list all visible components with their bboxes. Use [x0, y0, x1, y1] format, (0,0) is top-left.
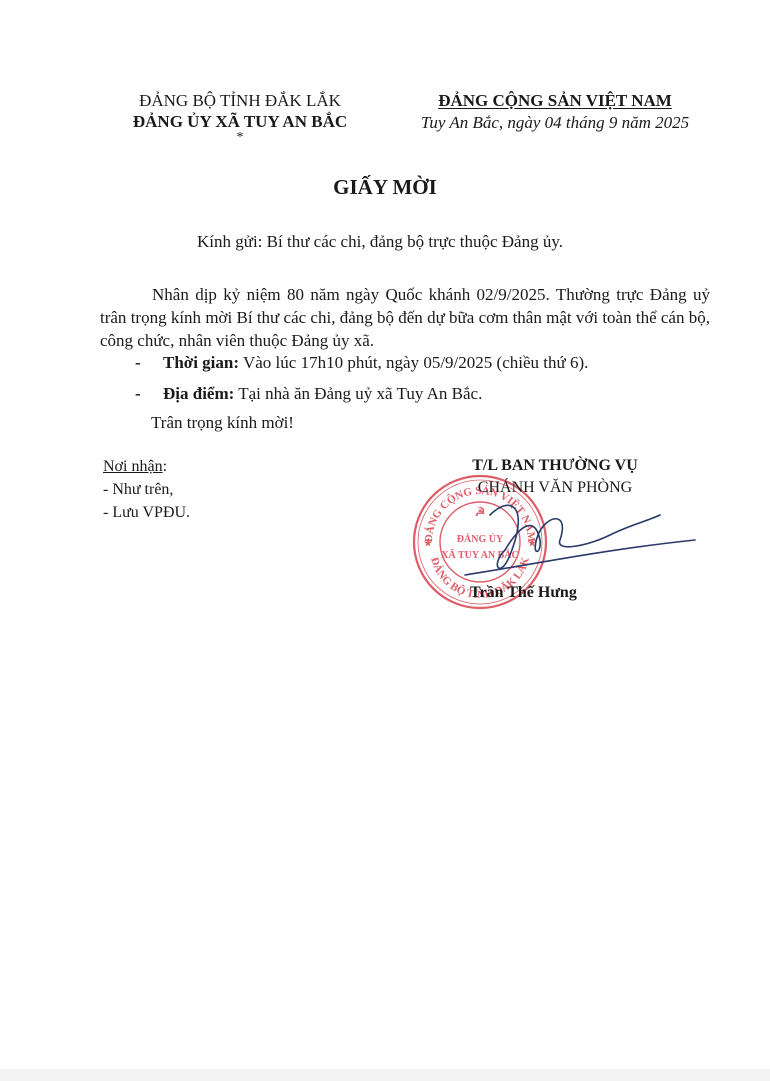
place-date: Tuy An Bắc, ngày 04 tháng 9 năm 2025 — [400, 112, 710, 134]
recipients-title: Nơi nhận — [103, 458, 163, 475]
recipients-colon: : — [163, 458, 167, 475]
star-mark: * — [100, 132, 380, 144]
document-title: GIẤY MỜI — [0, 175, 770, 200]
signature-authority: T/L BAN THƯỜNG VỤ — [430, 455, 680, 477]
signature-title: CHÁNH VĂN PHÒNG — [430, 477, 680, 499]
handwritten-signature-icon — [460, 495, 700, 585]
party-motto: ĐẢNG CỘNG SẢN VIỆT NAM — [400, 90, 710, 112]
signature-block: T/L BAN THƯỜNG VỤ CHÁNH VĂN PHÒNG — [430, 455, 680, 499]
svg-text:★: ★ — [424, 538, 433, 548]
bullet-label: Thời gian: — [163, 353, 239, 372]
body-paragraph: Nhân dịp kỷ niệm 80 năm ngày Quốc khánh … — [100, 283, 710, 352]
national-header: ĐẢNG CỘNG SẢN VIỆT NAM Tuy An Bắc, ngày … — [400, 90, 710, 134]
bullet-text: Vào lúc 17h10 phút, ngày 05/9/2025 (chiề… — [239, 353, 588, 372]
bullet-text: Tại nhà ăn Đảng uỷ xã Tuy An Bắc. — [234, 384, 482, 403]
bullet-location: -Địa điểm: Tại nhà ăn Đảng uỷ xã Tuy An … — [135, 384, 482, 404]
recipient-item: - Lưu VPĐU. — [103, 501, 190, 524]
page-bottom-edge — [0, 1069, 770, 1081]
signer-name: Trần Thế Hưng — [470, 584, 577, 602]
closing-line: Trân trọng kính mời! — [151, 413, 294, 433]
recipients-list: Nơi nhận: - Như trên, - Lưu VPĐU. — [103, 455, 190, 524]
organization-name: ĐẢNG ỦY XÃ TUY AN BẮC — [100, 111, 380, 132]
bullet-dash: - — [135, 384, 163, 404]
bullet-time: -Thời gian: Vào lúc 17h10 phút, ngày 05/… — [135, 353, 588, 373]
bullet-label: Địa điểm: — [163, 384, 234, 403]
recipient-item: - Như trên, — [103, 478, 190, 501]
bullet-dash: - — [135, 353, 163, 373]
issuing-organization: ĐẢNG BỘ TỈNH ĐẮK LẮK ĐẢNG ỦY XÃ TUY AN B… — [100, 90, 380, 144]
recipient-line: Kính gửi: Bí thư các chi, đảng bộ trực t… — [197, 232, 563, 252]
parent-organization: ĐẢNG BỘ TỈNH ĐẮK LẮK — [100, 90, 380, 111]
